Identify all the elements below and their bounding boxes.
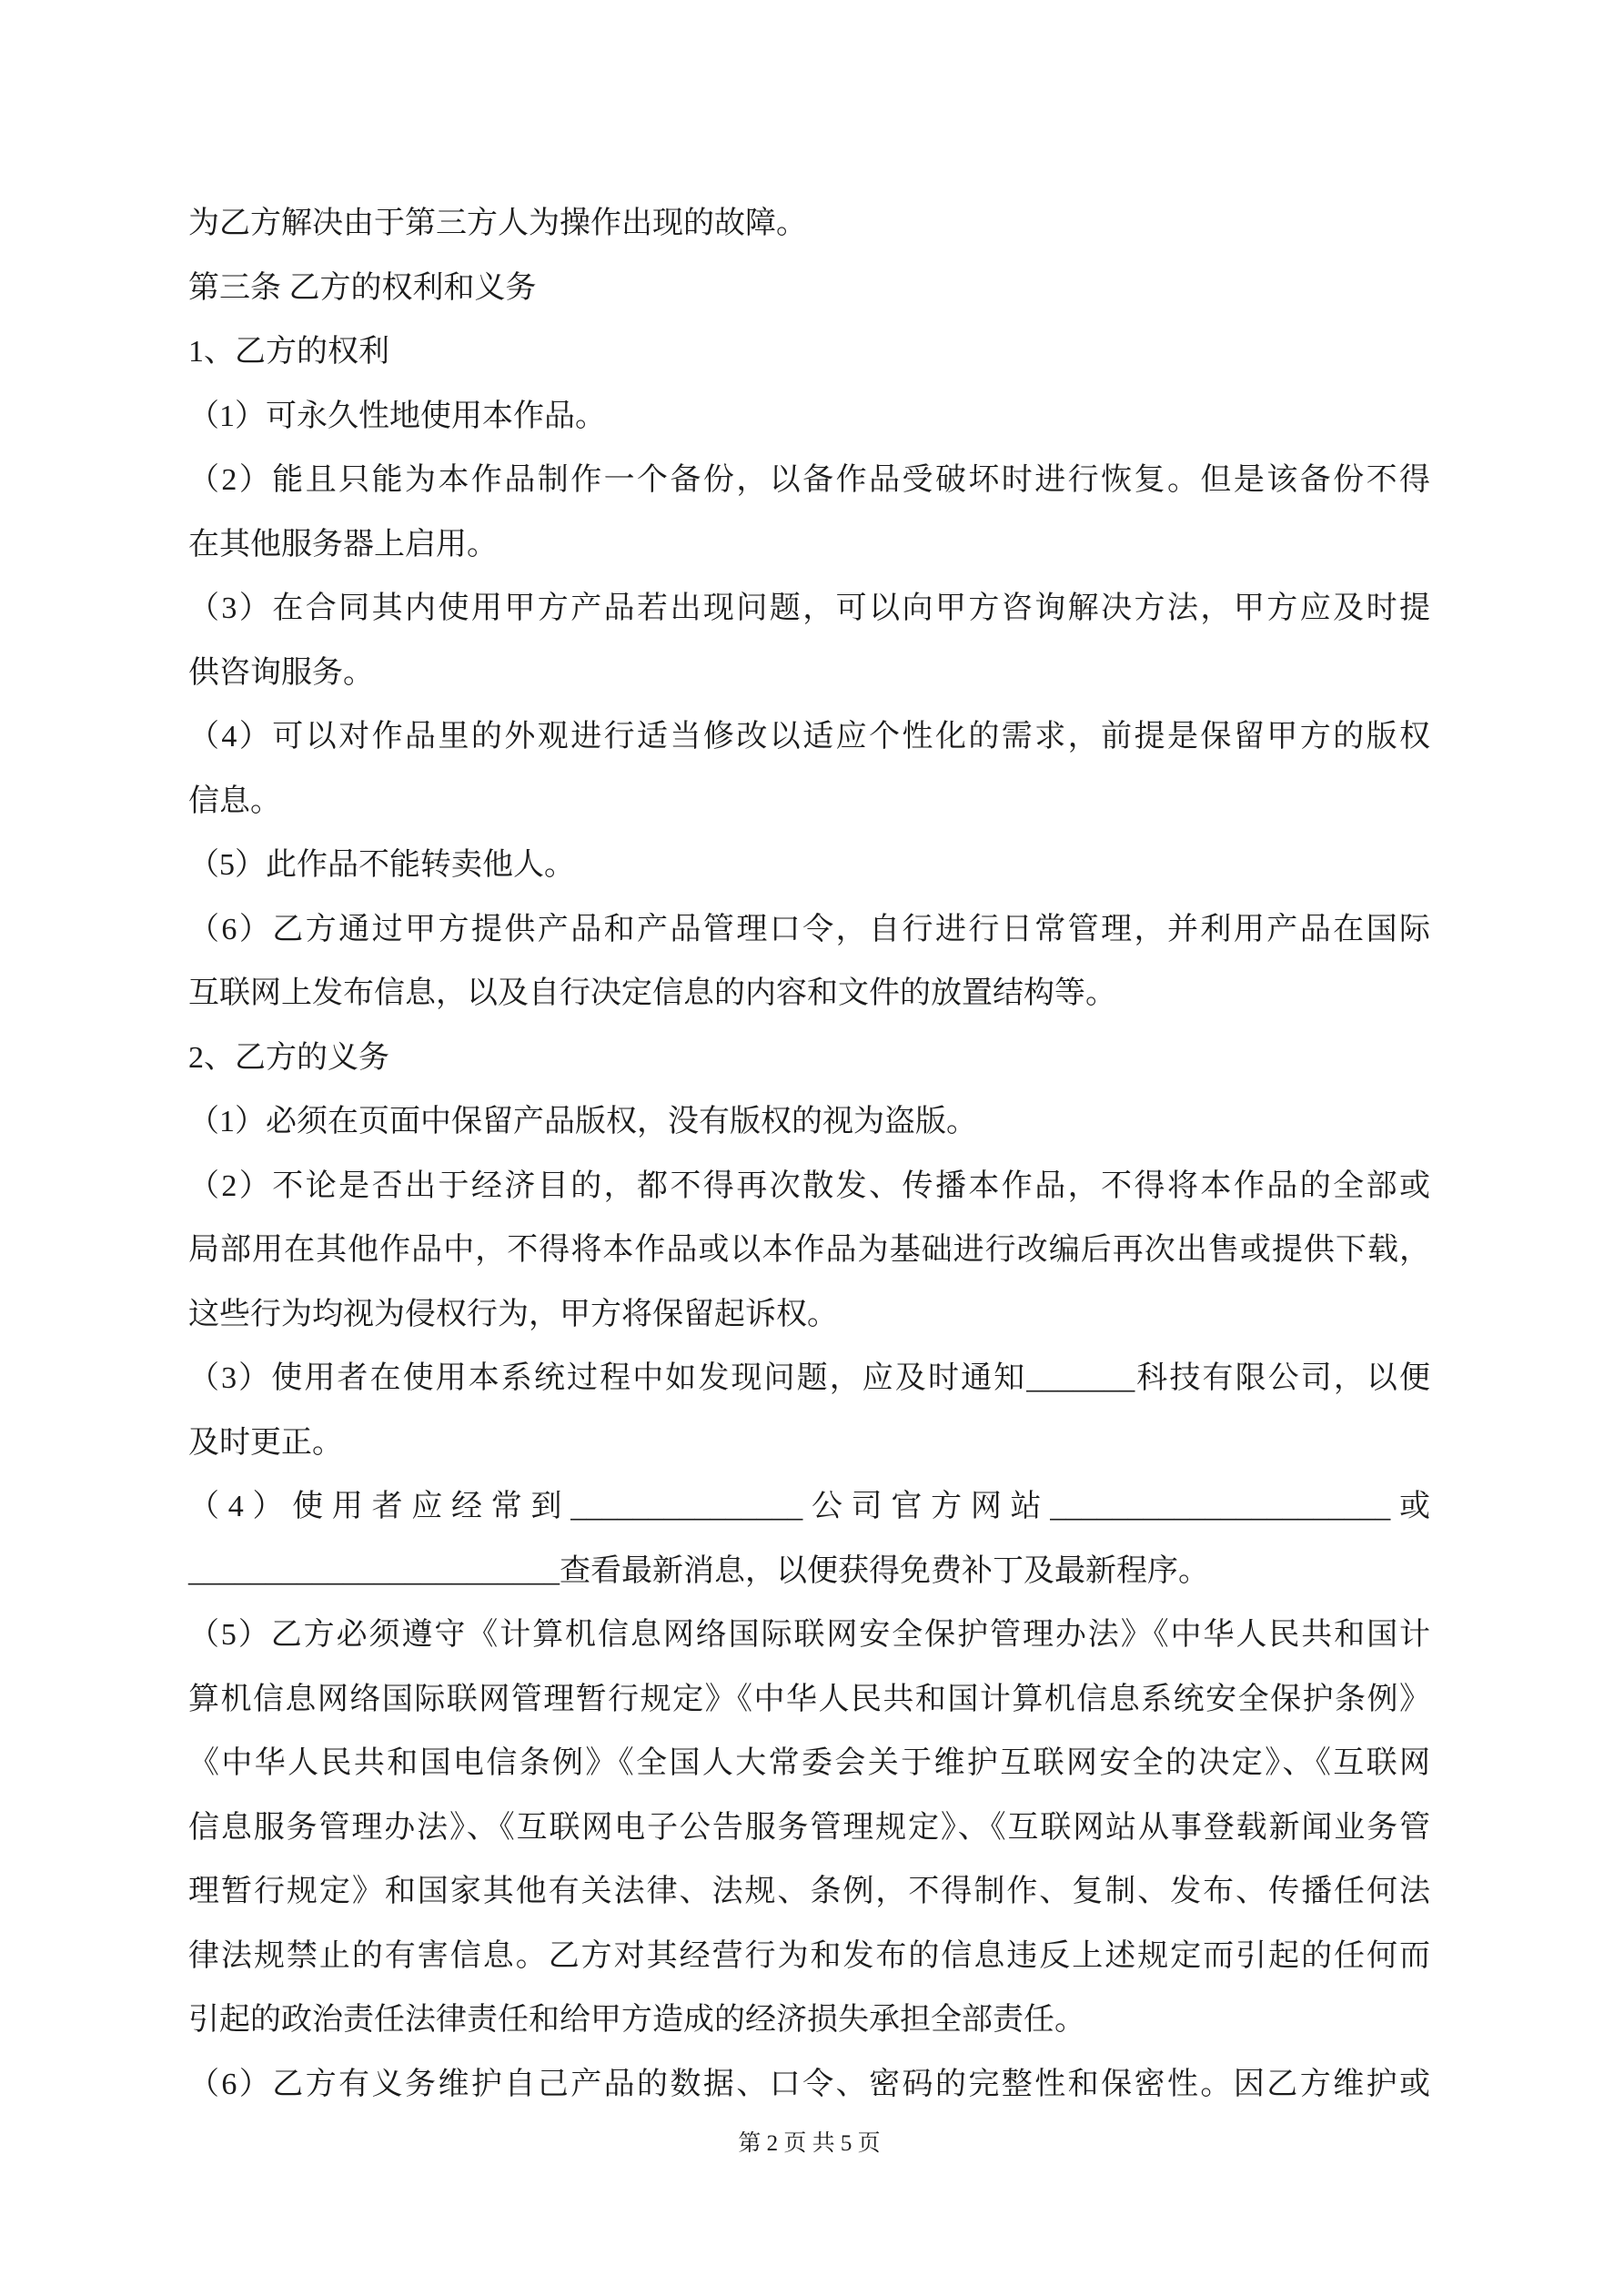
document-line: 算机信息网络国际联网管理暂行规定》《中华人民共和国计算机信息系统安全保护条例》 (188, 1668, 1430, 1733)
document-line: 1、乙方的权利 (188, 320, 1430, 385)
document-line: 及时更正。 (188, 1411, 1430, 1476)
document-line: （2）能且只能为本作品制作一个备份，以备作品受破坏时进行恢复。但是该备份不得 (188, 449, 1430, 513)
document-line: （5）此作品不能转卖他人。 (188, 834, 1430, 898)
document-line: 互联网上发布信息，以及自行决定信息的内容和文件的放置结构等。 (188, 962, 1430, 1027)
document-line: （1）必须在页面中保留产品版权，没有版权的视为盗版。 (188, 1090, 1430, 1155)
document-line: （6）乙方有义务维护自己产品的数据、口令、密码的完整性和保密性。因乙方维护或 (188, 2053, 1430, 2118)
document-line: 信息服务管理办法》、《互联网电子公告服务管理规定》、《互联网站从事登载新闻业务管 (188, 1796, 1430, 1861)
document-line: 律法规禁止的有害信息。乙方对其经营行为和发布的信息违反上述规定而引起的任何而 (188, 1925, 1430, 1989)
document-line: 引起的政治责任法律责任和给甲方造成的经济损失承担全部责任。 (188, 1988, 1430, 2053)
document-line: （4）使用者应经常到_______________公司官方网站_________… (188, 1475, 1430, 1540)
document-line: 为乙方解决由于第三方人为操作出现的故障。 (188, 192, 1430, 257)
document-line: 信息。 (188, 770, 1430, 834)
document-line: 《中华人民共和国电信条例》《全国人大常委会关于维护互联网安全的决定》、《互联网 (188, 1732, 1430, 1796)
document-line: 局部用在其他作品中，不得将本作品或以本作品为基础进行改编后再次出售或提供下载， (188, 1219, 1430, 1283)
document-line: 这些行为均视为侵权行为，甲方将保留起诉权。 (188, 1283, 1430, 1348)
document-line: 2、乙方的义务 (188, 1027, 1430, 1091)
page-number-footer: 第 2 页 共 5 页 (188, 2117, 1430, 2171)
document-line: （3）使用者在使用本系统过程中如发现问题，应及时通知_______科技有限公司，… (188, 1347, 1430, 1411)
document-line: 在其他服务器上启用。 (188, 513, 1430, 578)
document-line: 理暂行规定》和国家其他有关法律、法规、条例，不得制作、复制、发布、传播任何法 (188, 1860, 1430, 1925)
document-line: （5）乙方必须遵守《计算机信息网络国际联网安全保护管理办法》《中华人民共和国计 (188, 1603, 1430, 1668)
document-text-block: 为乙方解决由于第三方人为操作出现的故障。第三条 乙方的权利和义务1、乙方的权利（… (188, 192, 1430, 2117)
document-line: 第三条 乙方的权利和义务 (188, 257, 1430, 321)
document-line: （6）乙方通过甲方提供产品和产品管理口令，自行进行日常管理，并利用产品在国际 (188, 898, 1430, 963)
document-body: 为乙方解决由于第三方人为操作出现的故障。第三条 乙方的权利和义务1、乙方的权利（… (188, 192, 1430, 2171)
document-line: ________________________查看最新消息，以便获得免费补丁及… (188, 1540, 1430, 1604)
document-line: （1）可永久性地使用本作品。 (188, 385, 1430, 450)
document-page: { "page": { "background": "#ffffff", "te… (0, 0, 1624, 2296)
document-line: （3）在合同其内使用甲方产品若出现问题，可以向甲方咨询解决方法，甲方应及时提 (188, 577, 1430, 642)
document-line: 供咨询服务。 (188, 642, 1430, 706)
document-line: （2）不论是否出于经济目的，都不得再次散发、传播本作品，不得将本作品的全部或 (188, 1155, 1430, 1219)
document-line: （4）可以对作品里的外观进行适当修改以适应个性化的需求，前提是保留甲方的版权 (188, 705, 1430, 770)
